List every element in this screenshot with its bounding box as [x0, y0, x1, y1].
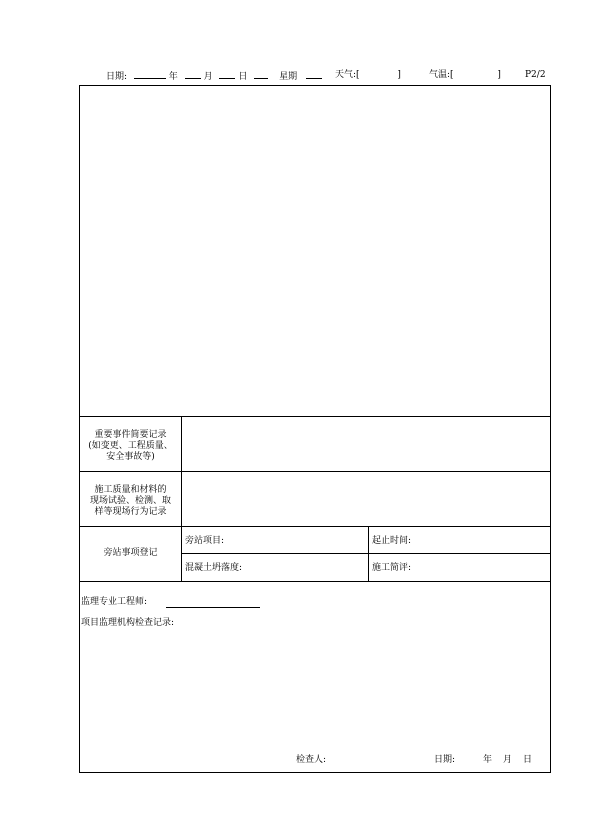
divider [80, 526, 550, 527]
start-end-time-label: 起止时间: [372, 536, 411, 547]
label-line: (如变更、工程质量、 [80, 441, 181, 452]
label-line: 样等现场行为记录 [80, 507, 181, 518]
engineer-label: 监理专业工程师: [81, 597, 147, 608]
divider [181, 553, 550, 554]
year-label: 年 [169, 72, 178, 82]
weather-label: 天气: [335, 70, 356, 80]
divider [181, 416, 182, 581]
temp-label: 气温: [429, 70, 450, 80]
side-station-label: 旁站事项登记 [80, 548, 181, 559]
month-label: 月 [204, 72, 213, 82]
divider [368, 526, 369, 581]
form-frame: 重要事件简要记录 (如变更、工程质量、 安全事故等) 施工质量和材料的 现场试验… [79, 85, 551, 773]
footer-month: 月 [503, 755, 512, 766]
day-field[interactable] [219, 69, 235, 79]
engineer-signature-field[interactable] [166, 607, 260, 608]
day-after-field[interactable] [254, 69, 268, 79]
weekday-field[interactable] [306, 69, 322, 79]
date-label: 日期: [106, 72, 127, 82]
weather-open-bracket: [ [356, 70, 360, 80]
footer-day: 日 [523, 755, 532, 766]
check-record-field[interactable] [81, 632, 549, 752]
page-number: P2/2 [525, 69, 546, 81]
quality-tests-field[interactable] [183, 473, 550, 526]
footer-date-label: 日期: [434, 755, 455, 766]
important-events-field[interactable] [183, 418, 550, 471]
divider [80, 471, 550, 472]
weather-close-bracket: ] [397, 70, 401, 80]
check-record-label: 项目监理机构检查记录: [81, 618, 174, 629]
divider [80, 581, 550, 582]
header-weather: 天气:[ ] [335, 69, 401, 81]
weekday-label: 星期 [279, 72, 297, 82]
temp-close-bracket: ] [497, 70, 501, 80]
year-field[interactable] [134, 69, 166, 79]
quality-tests-label: 施工质量和材料的 现场试验、检测、取 样等现场行为记录 [80, 485, 181, 518]
header-temperature: 气温:[ ] [429, 69, 501, 81]
side-station-item-label: 旁站项目: [185, 536, 224, 547]
daily-log-content-area[interactable] [80, 86, 550, 416]
divider [80, 416, 550, 417]
temp-open-bracket: [ [450, 70, 454, 80]
label-line: 安全事故等) [80, 452, 181, 463]
label-line: 现场试验、检测、取 [80, 496, 181, 507]
important-events-label: 重要事件简要记录 (如变更、工程质量、 安全事故等) [80, 430, 181, 463]
footer-year: 年 [483, 755, 492, 766]
header-date-row: 日期: 年 月 日 星期 [106, 69, 322, 83]
label-line: 重要事件简要记录 [80, 430, 181, 441]
inspector-label: 检查人: [296, 755, 326, 766]
label-line: 施工质量和材料的 [80, 485, 181, 496]
month-field[interactable] [185, 69, 201, 79]
day-label: 日 [238, 72, 247, 82]
slump-label: 混凝土坍落度: [185, 563, 242, 574]
construction-comment-label: 施工简评: [372, 563, 411, 574]
